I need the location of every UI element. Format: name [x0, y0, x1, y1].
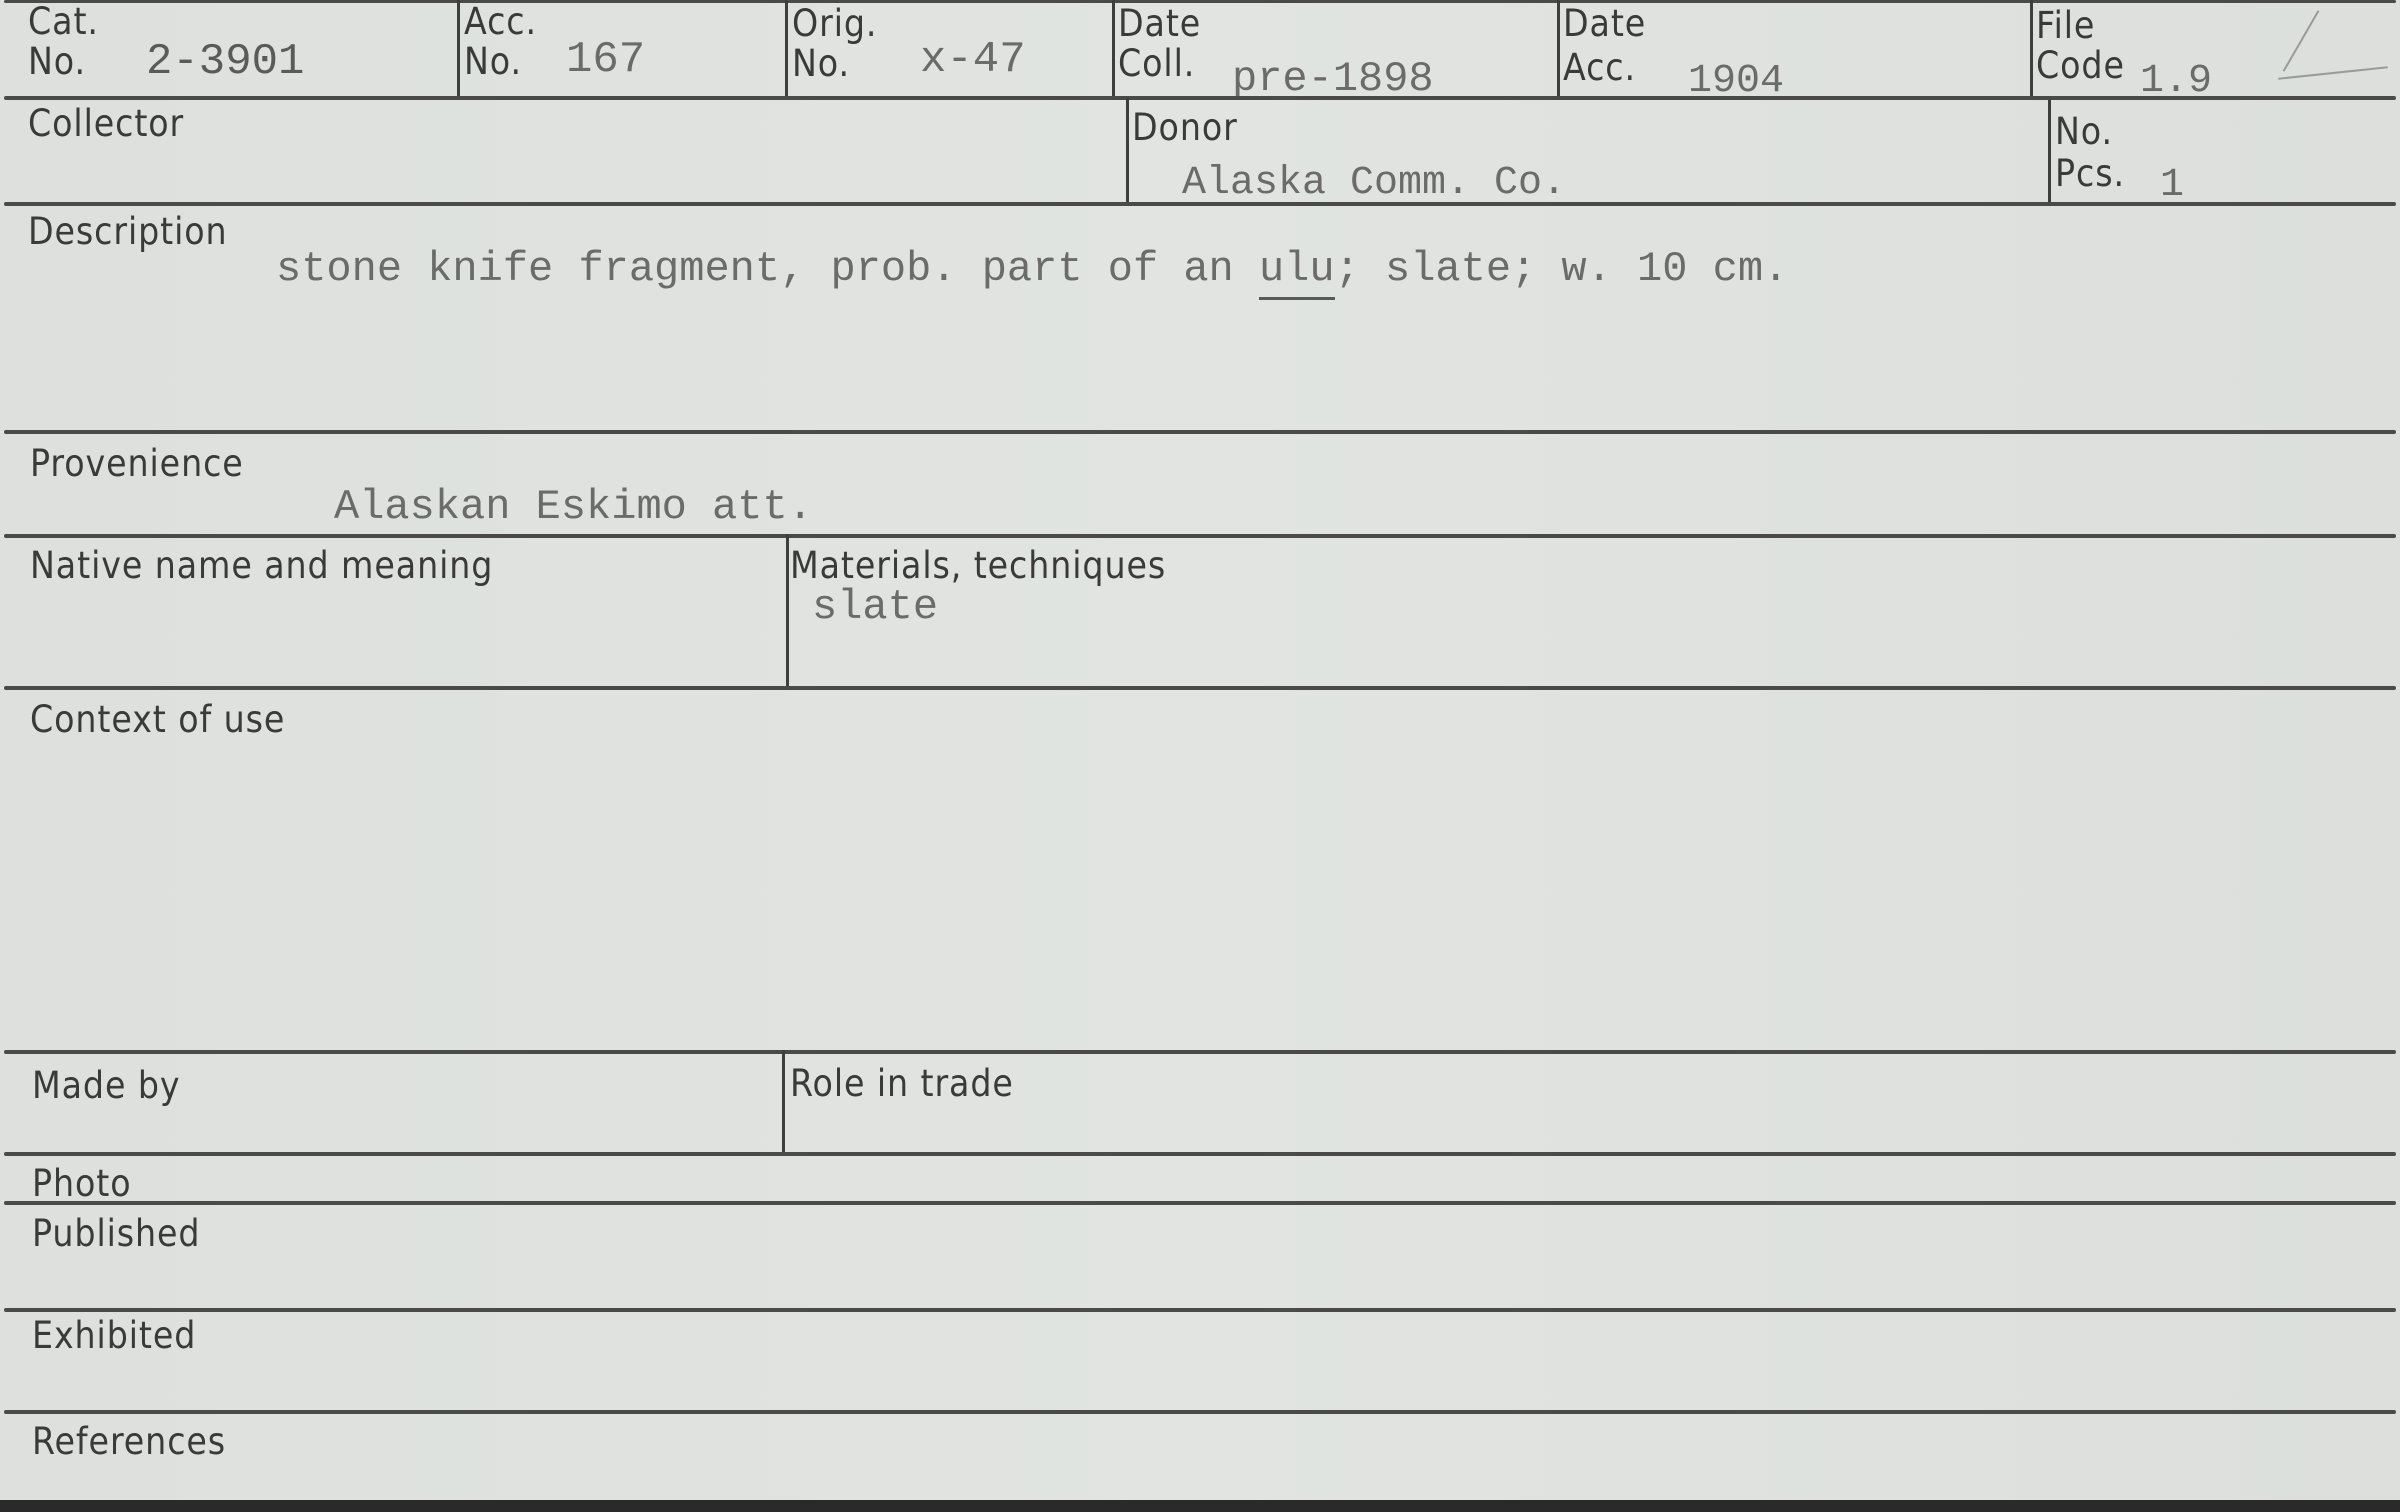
header-divider-5 — [2030, 0, 2033, 100]
published-label: Published — [32, 1214, 200, 1255]
file-code-label-1: File — [2036, 6, 2095, 47]
description-value: stone knife fragment, prob. part of an u… — [276, 248, 1788, 290]
made-by-role-divider — [782, 1050, 785, 1154]
description-text-before: stone knife fragment, prob. part of an — [276, 245, 1259, 293]
date-acc-label-2: Acc. — [1563, 48, 1636, 89]
description-bottom-rule — [4, 430, 2396, 434]
native-name-bottom-rule — [4, 686, 2396, 690]
no-pcs-label-1: No. — [2055, 112, 2113, 153]
header-divider-4 — [1557, 0, 1560, 96]
collector-label: Collector — [28, 104, 184, 145]
no-pcs-value: 1 — [2160, 166, 2184, 206]
card-bottom-edge — [0, 1500, 2400, 1512]
description-text-after: ; slate; w. 10 cm. — [1335, 245, 1789, 293]
references-label: References — [32, 1422, 226, 1463]
orig-no-label-2: No. — [792, 44, 850, 85]
context-bottom-rule — [4, 1050, 2396, 1054]
exhibited-label: Exhibited — [32, 1316, 196, 1357]
photo-label: Photo — [32, 1164, 131, 1205]
orig-no-value: x-47 — [920, 38, 1026, 82]
header-divider-3 — [1112, 0, 1115, 96]
cat-no-value: 2-3901 — [146, 40, 304, 84]
cat-no-label-2: No. — [28, 42, 86, 83]
description-label: Description — [28, 212, 228, 253]
file-code-label-2: Code — [2036, 46, 2125, 87]
date-acc-label-1: Date — [1563, 4, 1646, 45]
provenience-label: Provenience — [30, 444, 244, 485]
donor-divider — [1126, 98, 1129, 202]
header-divider-1 — [457, 0, 460, 96]
donor-value: Alaska Comm. Co. — [1182, 164, 1566, 204]
pencil-mark — [2283, 10, 2320, 72]
published-bottom-rule — [4, 1308, 2396, 1312]
catalog-card: Cat. No. 2-3901 Acc. No. 167 Orig. No. x… — [0, 0, 2400, 1512]
provenience-bottom-rule — [4, 534, 2396, 538]
role-in-trade-label: Role in trade — [790, 1064, 1014, 1105]
date-coll-value: pre-1898 — [1232, 58, 1434, 100]
made-by-bottom-rule — [4, 1152, 2396, 1156]
materials-value: slate — [812, 586, 938, 628]
acc-no-label-2: No. — [464, 42, 522, 83]
header-divider-2 — [785, 0, 788, 96]
orig-no-label-1: Orig. — [792, 4, 877, 45]
provenience-value: Alaskan Eskimo att. — [334, 486, 813, 528]
native-name-label: Native name and meaning — [30, 546, 493, 587]
no-pcs-label-2: Pcs. — [2055, 154, 2125, 195]
collector-bottom-rule — [4, 202, 2396, 206]
description-text-underlined: ulu — [1259, 245, 1335, 300]
context-of-use-label: Context of use — [30, 700, 285, 741]
photo-bottom-rule — [4, 1201, 2396, 1205]
donor-label: Donor — [1132, 108, 1238, 149]
acc-no-value: 167 — [566, 38, 645, 82]
cat-no-label-1: Cat. — [28, 2, 99, 43]
pencil-mark-2 — [2278, 66, 2388, 79]
date-coll-label-2: Coll. — [1118, 44, 1195, 85]
header-bottom-rule — [4, 96, 2396, 100]
date-coll-label-1: Date — [1118, 4, 1201, 45]
pcs-divider — [2048, 100, 2051, 204]
materials-label: Materials, techniques — [790, 546, 1166, 587]
exhibited-bottom-rule — [4, 1410, 2396, 1414]
acc-no-label-1: Acc. — [464, 2, 537, 43]
made-by-label: Made by — [32, 1066, 181, 1107]
native-materials-divider — [786, 534, 789, 686]
